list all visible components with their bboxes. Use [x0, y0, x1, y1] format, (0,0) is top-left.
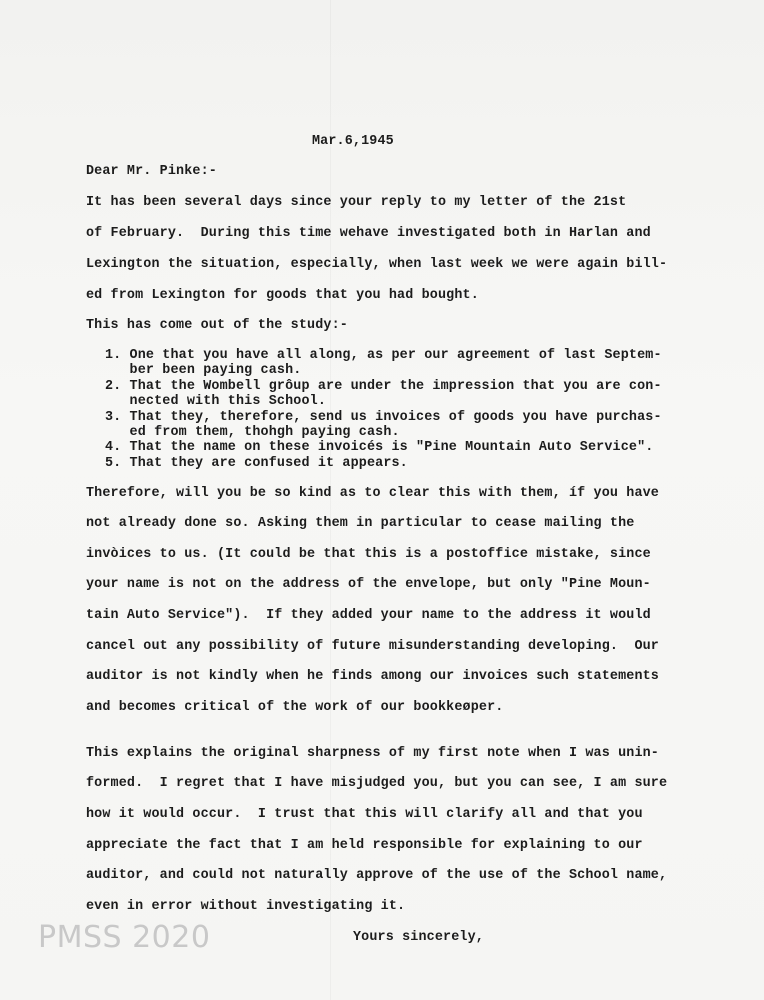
paragraph2-line: not already done so. Asking them in part… — [86, 516, 634, 532]
paragraph3-line: appreciate the fact that I am held respo… — [86, 838, 643, 854]
paragraph3-line: auditor, and could not naturally approve… — [86, 868, 667, 884]
paragraph3-line: how it would occur. I trust that this wi… — [86, 807, 643, 823]
paragraph2-line: tain Auto Service"). If they added your … — [86, 608, 651, 624]
paragraph2-line: auditor is not kindly when he finds amon… — [86, 669, 659, 685]
list-item-cont: nected with this School. — [105, 394, 326, 410]
watermark: PMSS 2020 — [38, 920, 210, 955]
paragraph3-line: formed. I regret that I have misjudged y… — [86, 776, 667, 792]
list-item-cont: ed from them, thohgh paying cash. — [105, 425, 400, 441]
list-item: 3. That they, therefore, send us invoice… — [105, 410, 662, 426]
paragraph1-line: It has been several days since your repl… — [86, 195, 626, 211]
paragraph2-line: Therefore, will you be so kind as to cle… — [86, 486, 659, 502]
list-intro: This has come out of the study:- — [86, 318, 348, 334]
paragraph2-line: your name is not on the address of the e… — [86, 577, 651, 593]
list-item: 1. One that you have all along, as per o… — [105, 348, 662, 364]
paragraph3-line: This explains the original sharpness of … — [86, 746, 659, 762]
paragraph2-line: invòices to us. (It could be that this i… — [86, 547, 651, 563]
paragraph1-line: of February. During this time wehave inv… — [86, 226, 651, 242]
salutation: Dear Mr. Pinke:- — [86, 164, 217, 180]
paragraph3-line: even in error without investigating it. — [86, 899, 405, 915]
list-item-cont: ber been paying cash. — [105, 363, 301, 379]
paragraph1-line: Lexington the situation, especially, whe… — [86, 257, 667, 273]
letter-page: Mar.6,1945 Dear Mr. Pinke:- It has been … — [0, 0, 764, 1000]
letter-date: Mar.6,1945 — [312, 134, 394, 150]
paragraph1-line: ed from Lexington for goods that you had… — [86, 288, 479, 304]
paragraph2-line: and becomes critical of the work of our … — [86, 700, 503, 716]
list-item: 4. That the name on these invoicés is "P… — [105, 440, 653, 456]
paragraph2-line: cancel out any possibility of future mis… — [86, 639, 659, 655]
closing: Yours sincerely, — [353, 930, 484, 946]
list-item: 2. That the Wombell grôup are under the … — [105, 379, 662, 395]
list-item: 5. That they are confused it appears. — [105, 456, 408, 472]
